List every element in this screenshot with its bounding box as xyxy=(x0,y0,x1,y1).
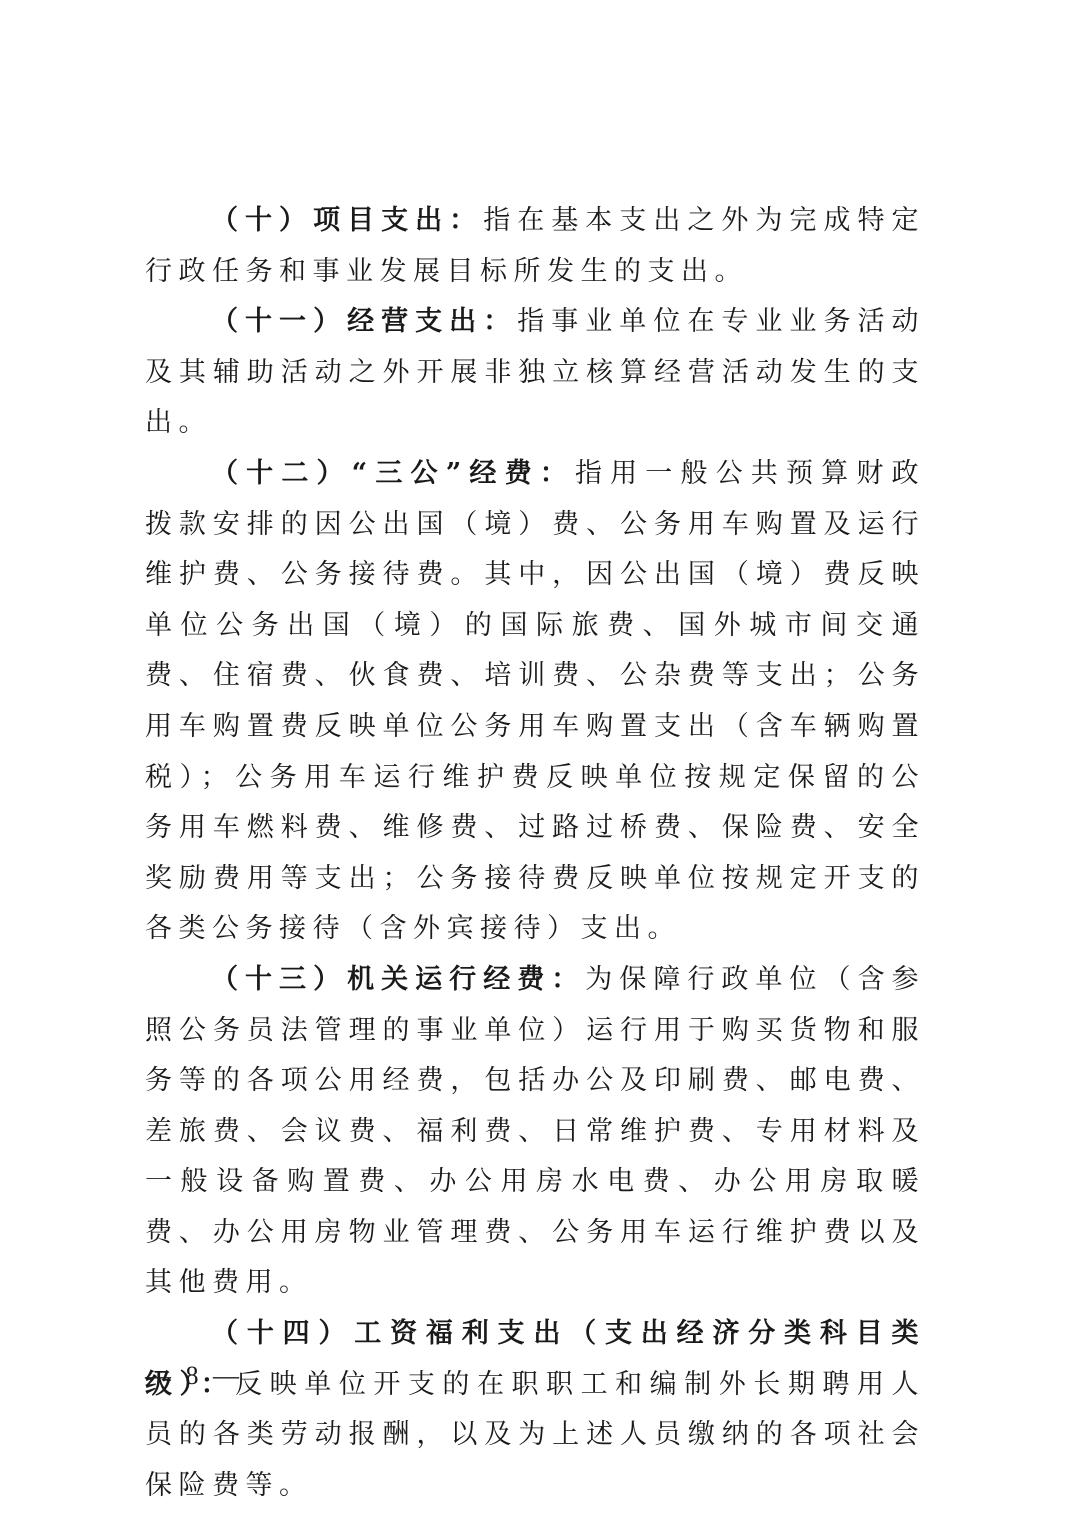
term-heading: （十三）机关运行经费： xyxy=(211,964,585,995)
paragraph-body: 为保障行政单位（含参照公务员法管理的事业单位）运行用于购买货物和服务等的各项公用… xyxy=(145,964,925,1299)
term-heading: （十一）经营支出： xyxy=(211,306,517,337)
term-heading: （十二）“三公”经费： xyxy=(211,458,575,489)
term-heading: （十）项目支出： xyxy=(211,205,483,236)
paragraph-agency-operating-funds: （十三）机关运行经费：为保障行政单位（含参照公务员法管理的事业单位）运行用于购买… xyxy=(145,955,925,1309)
paragraph-wages-welfare: （十四）工资福利支出（支出经济分类科目类级）：反映单位开支的在职职工和编制外长期… xyxy=(145,1309,925,1511)
document-page: （十）项目支出：指在基本支出之外为完成特定行政任务和事业发展目标所发生的支出。 … xyxy=(145,196,925,1511)
page-number: — 8 — xyxy=(145,1361,243,1391)
paragraph-project-expenditure: （十）项目支出：指在基本支出之外为完成特定行政任务和事业发展目标所发生的支出。 xyxy=(145,196,925,297)
paragraph-three-public-expenses: （十二）“三公”经费：指用一般公共预算财政拨款安排的因公出国（境）费、公务用车购… xyxy=(145,449,925,955)
paragraph-body: 指用一般公共预算财政拨款安排的因公出国（境）费、公务用车购置及运行维护费、公务接… xyxy=(145,458,925,944)
paragraph-body: 反映单位开支的在职职工和编制外长期聘用人员的各类劳动报酬，以及为上述人员缴纳的各… xyxy=(145,1369,925,1501)
paragraph-business-expenditure: （十一）经营支出：指事业单位在专业业务活动及其辅助活动之外开展非独立核算经营活动… xyxy=(145,297,925,449)
